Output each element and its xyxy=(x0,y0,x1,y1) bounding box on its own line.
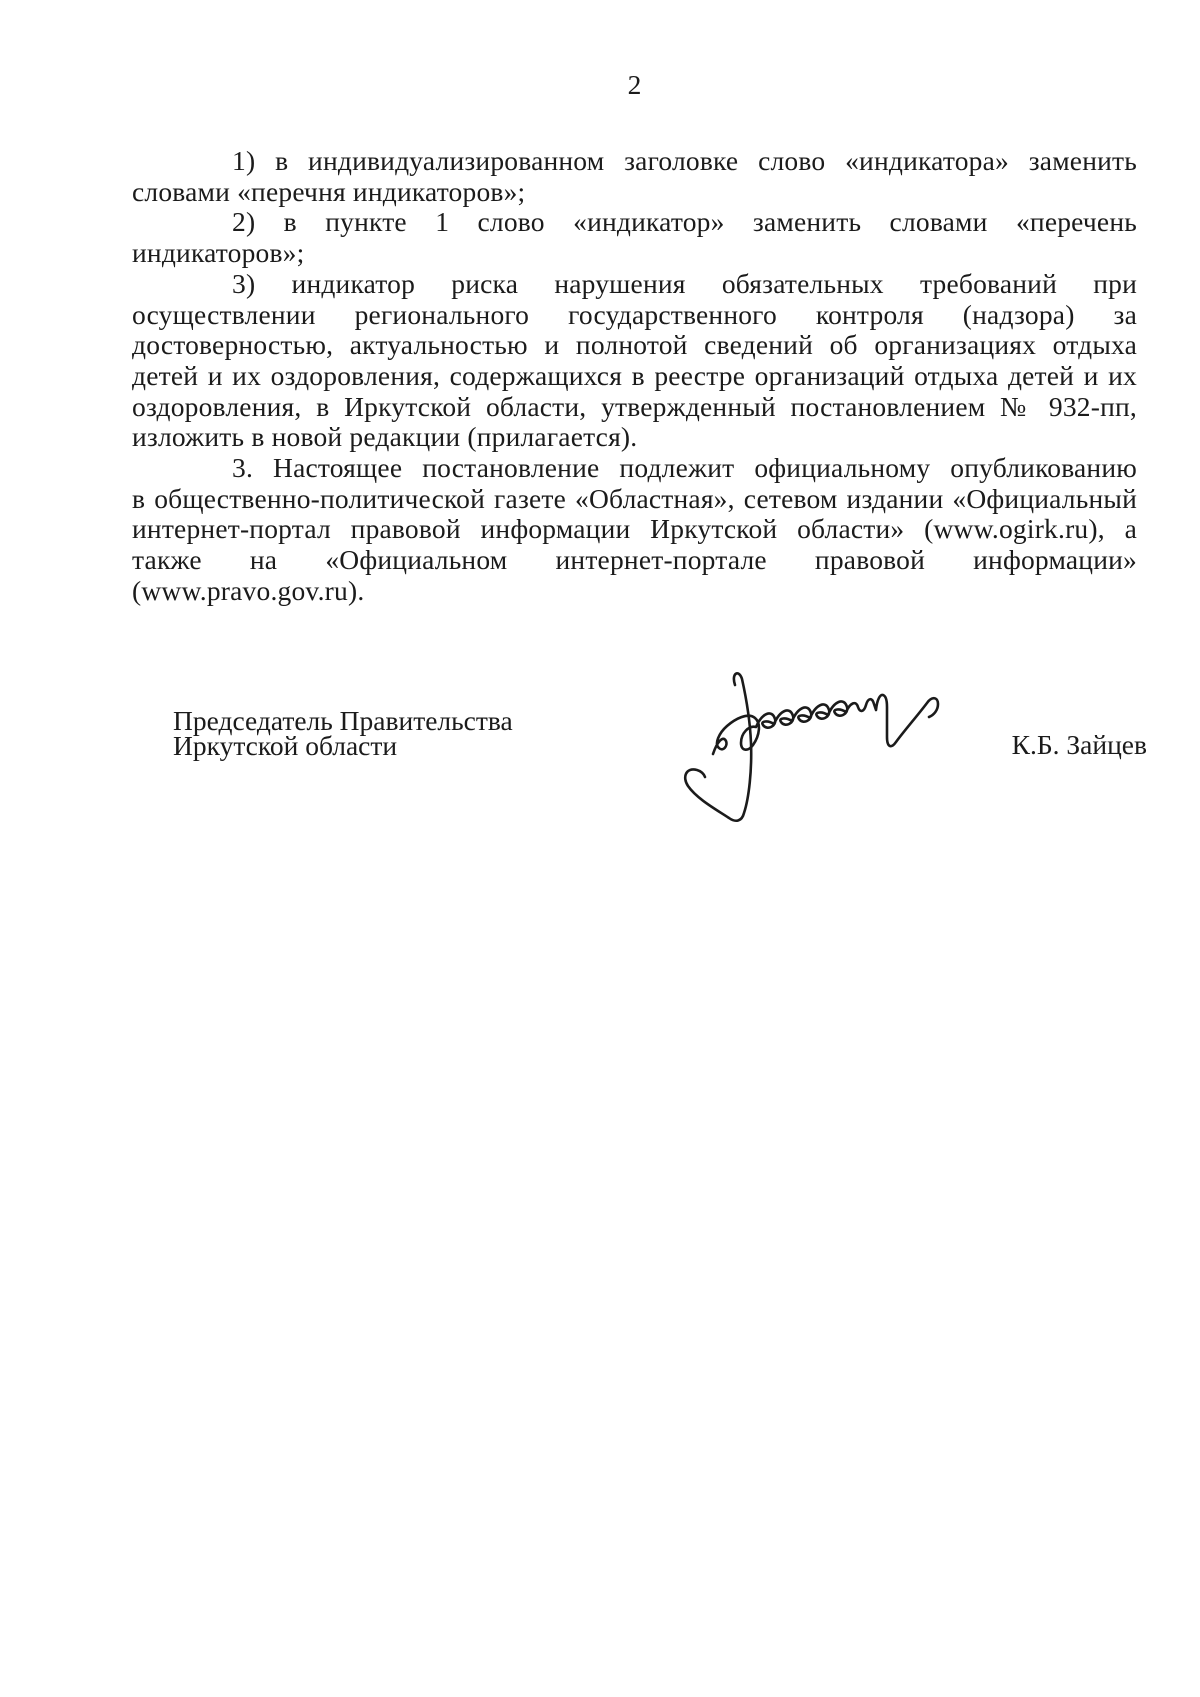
page-number: 2 xyxy=(132,70,1137,100)
paragraph-subitem-1: 1) в индивидуализированном заголовке сло… xyxy=(132,146,1137,207)
paragraph-subitem-2: 2) в пункте 1 слово «индикатор» заменить… xyxy=(132,207,1137,268)
paragraph-subitem-3: 3) индикатор риска нарушения обязательны… xyxy=(132,269,1137,453)
paragraph-item-3: 3. Настоящее постановление подлежит офиц… xyxy=(132,453,1137,607)
signatory-name: К.Б. Зайцев xyxy=(132,731,1147,758)
document-page: 2 1) в индивидуализированном заголовке с… xyxy=(0,0,1200,1697)
document-body: 1) в индивидуализированном заголовке сло… xyxy=(132,146,1137,607)
